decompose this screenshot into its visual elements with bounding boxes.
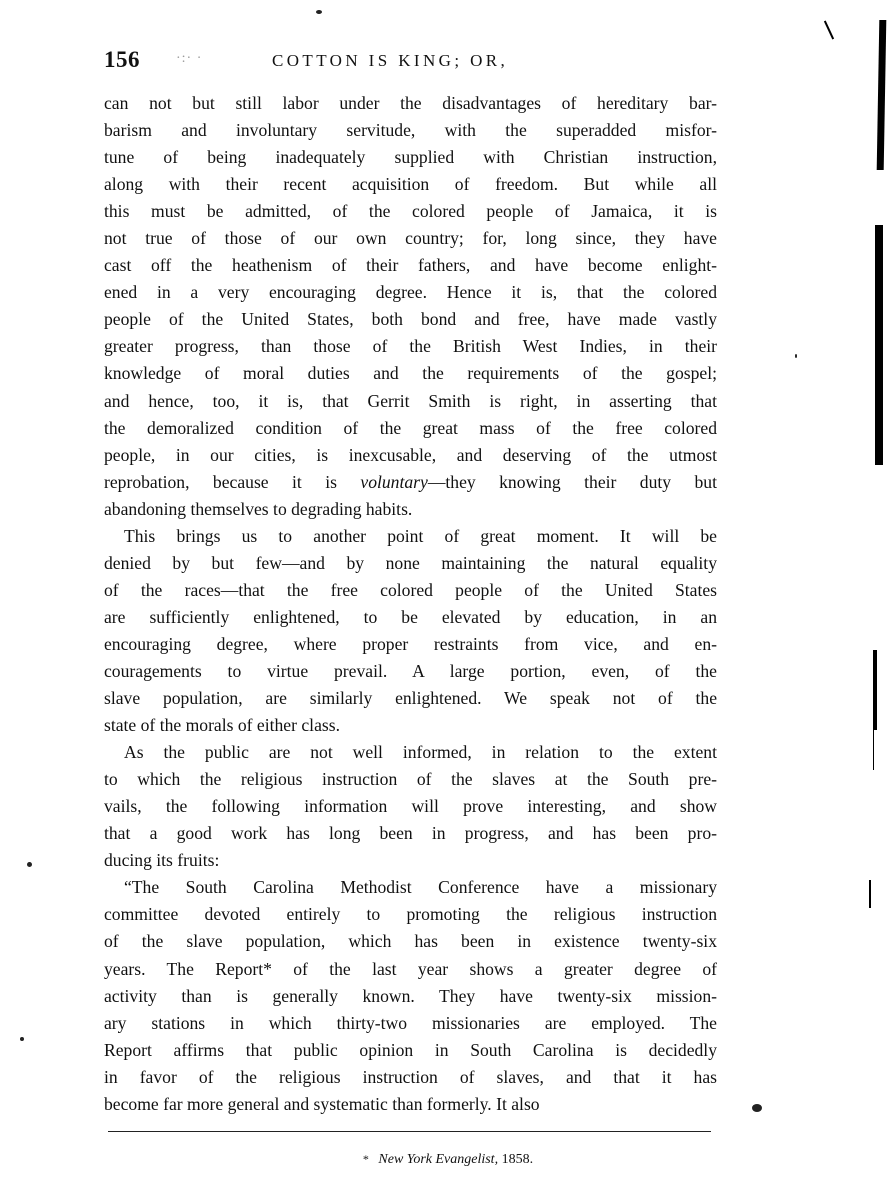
paragraph: “The South Carolina Methodist Conference… xyxy=(104,874,717,1117)
text-line: ened in a very encouraging degree. Hence… xyxy=(104,279,717,306)
text-line: abandoning themselves to degrading habit… xyxy=(104,496,717,523)
text-line: people of the United States, both bond a… xyxy=(104,306,717,333)
text-line: state of the morals of either class. xyxy=(104,712,717,739)
text-line: vails, the following information will pr… xyxy=(104,793,717,820)
text-line: Report affirms that public opinion in So… xyxy=(104,1037,717,1064)
text-line: tune of being inadequately supplied with… xyxy=(104,144,717,171)
text-line: committee devoted entirely to promoting … xyxy=(104,901,717,928)
running-title: COTTON IS KING; OR, xyxy=(272,51,508,71)
text-line: become far more general and systematic t… xyxy=(104,1091,717,1118)
running-head: 156 ·:· · COTTON IS KING; OR, xyxy=(104,47,724,75)
emphasis: voluntary xyxy=(360,472,427,492)
scan-speck xyxy=(316,10,322,14)
paragraph: can not but still labor under the disadv… xyxy=(104,90,717,523)
scan-edge-shadow-middle xyxy=(875,225,883,465)
text-line: not true of those of our own country; fo… xyxy=(104,225,717,252)
scan-noise-glyphs: ·:· · xyxy=(176,51,202,67)
text-line: knowledge of moral duties and the requir… xyxy=(104,360,717,387)
text-line: barism and involuntary servitude, with t… xyxy=(104,117,717,144)
footnote-source: New York Evangelist, xyxy=(378,1152,498,1167)
text-line: cast off the heathenism of their fathers… xyxy=(104,252,717,279)
text-line: activity than is generally known. They h… xyxy=(104,983,717,1010)
text-line: This brings us to another point of great… xyxy=(104,523,717,550)
paragraph: This brings us to another point of great… xyxy=(104,523,717,739)
text-line: of the slave population, which has been … xyxy=(104,928,717,955)
scan-edge-shadow-lower xyxy=(873,650,877,730)
text-line: years. The Report* of the last year show… xyxy=(104,956,717,983)
text-line: this must be admitted, of the colored pe… xyxy=(104,198,717,225)
scan-speck xyxy=(20,1037,24,1041)
paragraph: As the public are not well informed, in … xyxy=(104,739,717,874)
scan-edge-shadow-top xyxy=(877,20,887,170)
text-line: people, in our cities, is inexcusable, a… xyxy=(104,442,717,469)
scan-blot xyxy=(752,1104,762,1112)
footnote-divider xyxy=(108,1131,711,1132)
text-line: slave population, are similarly enlighte… xyxy=(104,685,717,712)
text-line: can not but still labor under the disadv… xyxy=(104,90,717,117)
text-line: and hence, too, it is, that Gerrit Smith… xyxy=(104,388,717,415)
scan-edge-line xyxy=(873,730,874,770)
text-line: denied by but few—and by none maintainin… xyxy=(104,550,717,577)
text-line: to which the religious instruction of th… xyxy=(104,766,717,793)
text-line: of the races—that the free colored peopl… xyxy=(104,577,717,604)
scan-speck xyxy=(795,354,797,358)
text-line: ary stations in which thirty-two mission… xyxy=(104,1010,717,1037)
text-line: in favor of the religious instruction of… xyxy=(104,1064,717,1091)
text-line: ducing its fruits: xyxy=(104,847,717,874)
scan-edge-mark xyxy=(869,880,871,908)
text-line: As the public are not well informed, in … xyxy=(104,739,717,766)
scan-speck xyxy=(27,862,32,867)
text-line: the demoralized condition of the great m… xyxy=(104,415,717,442)
page-number: 156 xyxy=(104,47,140,73)
text-line: reprobation, because it is voluntary—the… xyxy=(104,469,717,496)
text-line: are sufficiently enlightened, to be elev… xyxy=(104,604,717,631)
book-page: 156 ·:· · COTTON IS KING; OR, can not bu… xyxy=(0,0,896,1200)
footnote-marker: * xyxy=(363,1152,369,1166)
scan-corner-mark xyxy=(824,21,834,40)
text-line: “The South Carolina Methodist Conference… xyxy=(104,874,717,901)
text-line: encouraging degree, where proper restrai… xyxy=(104,631,717,658)
footnote-year: 1858. xyxy=(502,1152,534,1167)
footnote: * New York Evangelist, 1858. xyxy=(0,1152,896,1168)
text-line: couragements to virtue prevail. A large … xyxy=(104,658,717,685)
text-line: that a good work has long been in progre… xyxy=(104,820,717,847)
text-line: along with their recent acquisition of f… xyxy=(104,171,717,198)
body-text: can not but still labor under the disadv… xyxy=(104,90,717,1118)
text-line: greater progress, than those of the Brit… xyxy=(104,333,717,360)
